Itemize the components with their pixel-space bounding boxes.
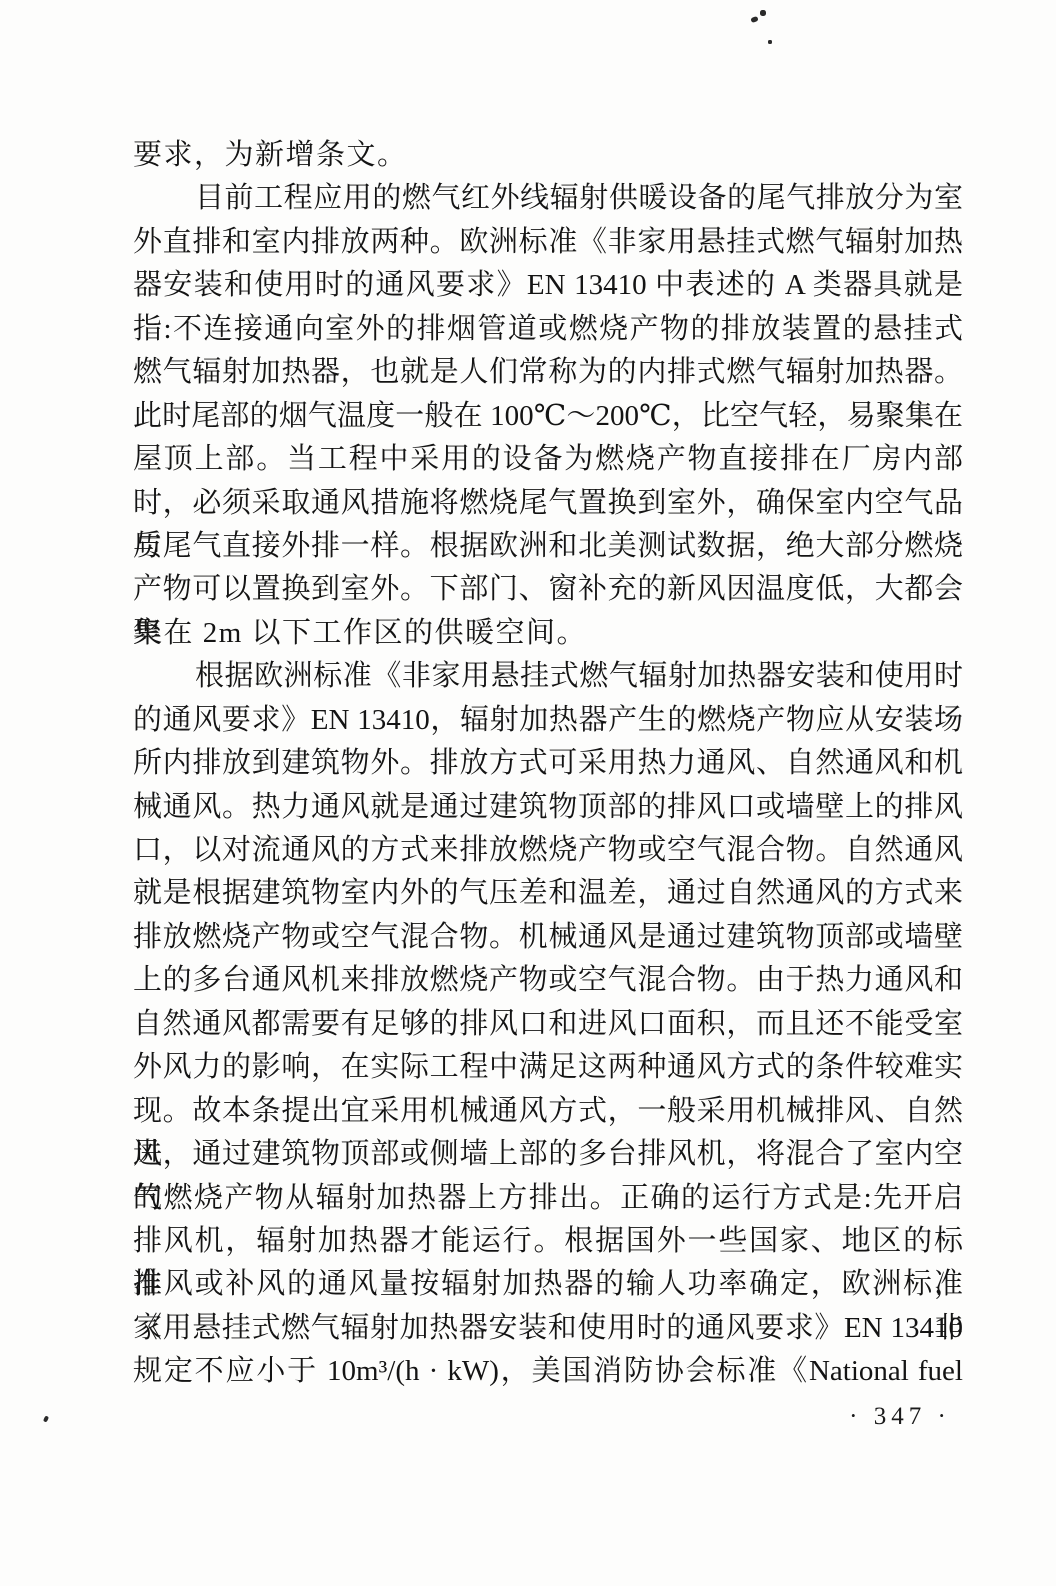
text-line: 口，以对流通风的方式来排放燃烧产物或空气混合物。自然通风 [133,829,963,872]
scan-speck [43,1415,49,1422]
text-line: 产物可以置换到室外。下部门、窗补充的新风因温度低，大都会聚 [133,568,963,611]
text-line: 现。故本条提出宜采用机械通风方式，一般采用机械排风、自然进 [133,1090,963,1133]
text-line: 指:不连接通向室外的排烟管道或燃烧产物的排放装置的悬挂式 [133,308,963,351]
text-line: 集在 2m 以下工作区的供暖空间。 [133,612,963,655]
scan-speck [768,40,772,44]
text-line: 与尾气直接外排一样。根据欧洲和北美测试数据，绝大部分燃烧 [133,525,963,568]
text-line: 所内排放到建筑物外。排放方式可采用热力通风、自然通风和机 [133,742,963,785]
text-line: 要求，为新增条文。 [133,134,963,177]
text-line: 外直排和室内排放两种。欧洲标准《非家用悬挂式燃气辐射加热 [133,221,963,264]
text-line: 此时尾部的烟气温度一般在 100℃～200℃，比空气轻，易聚集在 [133,395,963,438]
text-line: 风，通过建筑物顶部或侧墙上部的多台排风机，将混合了室内空气 [133,1133,963,1176]
scanned-page: 要求，为新增条文。 目前工程应用的燃气红外线辐射供暖设备的尾气排放分为室 外直排… [0,0,1056,1586]
text-line: 屋顶上部。当工程中采用的设备为燃烧产物直接排在厂房内部 [133,438,963,481]
scan-speck [760,10,766,16]
text-line: 规定不应小于 10m³/(h · kW)，美国消防协会标准《National f… [133,1350,963,1393]
text-line: 排放燃烧产物或空气混合物。机械通风是通过建筑物顶部或墙壁 [133,916,963,959]
text-line: 就是根据建筑物室内外的气压差和温差，通过自然通风的方式来 [133,872,963,915]
text-line: 器安装和使用时的通风要求》EN 13410 中表述的 A 类器具就是 [133,264,963,307]
text-line: 根据欧洲标准《非家用悬挂式燃气辐射加热器安装和使用时 [133,655,963,698]
text-line: 械通风。热力通风就是通过建筑物顶部的排风口或墙壁上的排风 [133,786,963,829]
text-line: 自然通风都需要有足够的排风口和进风口面积，而且还不能受室 [133,1003,963,1046]
text-line: 外风力的影响，在实际工程中满足这两种通风方式的条件较难实 [133,1046,963,1089]
text-line: 上的多台通风机来排放燃烧产物或空气混合物。由于热力通风和 [133,959,963,1002]
text-line: 的通风要求》EN 13410，辐射加热器产生的燃烧产物应从安装场 [133,699,963,742]
text-line: 目前工程应用的燃气红外线辐射供暖设备的尾气排放分为室 [133,177,963,220]
text-line: 时，必须采取通风措施将燃烧尾气置换到室外，确保室内空气品质 [133,482,963,525]
page-text: 要求，为新增条文。 目前工程应用的燃气红外线辐射供暖设备的尾气排放分为室 外直排… [133,134,963,1394]
text-line: 燃气辐射加热器，也就是人们常称为的内排式燃气辐射加热器。 [133,351,963,394]
page-number: · 347 · [838,1403,962,1431]
text-line: 排风机，辐射加热器才能运行。根据国外一些国家、地区的标准， [133,1220,963,1263]
text-line: 家用悬挂式燃气辐射加热器安装和使用时的通风要求》EN 13410 [133,1307,963,1350]
text-line: 排风或补风的通风量按辐射加热器的输人功率确定，欧洲标准《非 [133,1263,963,1306]
text-line: 的燃烧产物从辐射加热器上方排出。正确的运行方式是:先开启 [133,1177,963,1220]
scan-speck [750,16,758,23]
